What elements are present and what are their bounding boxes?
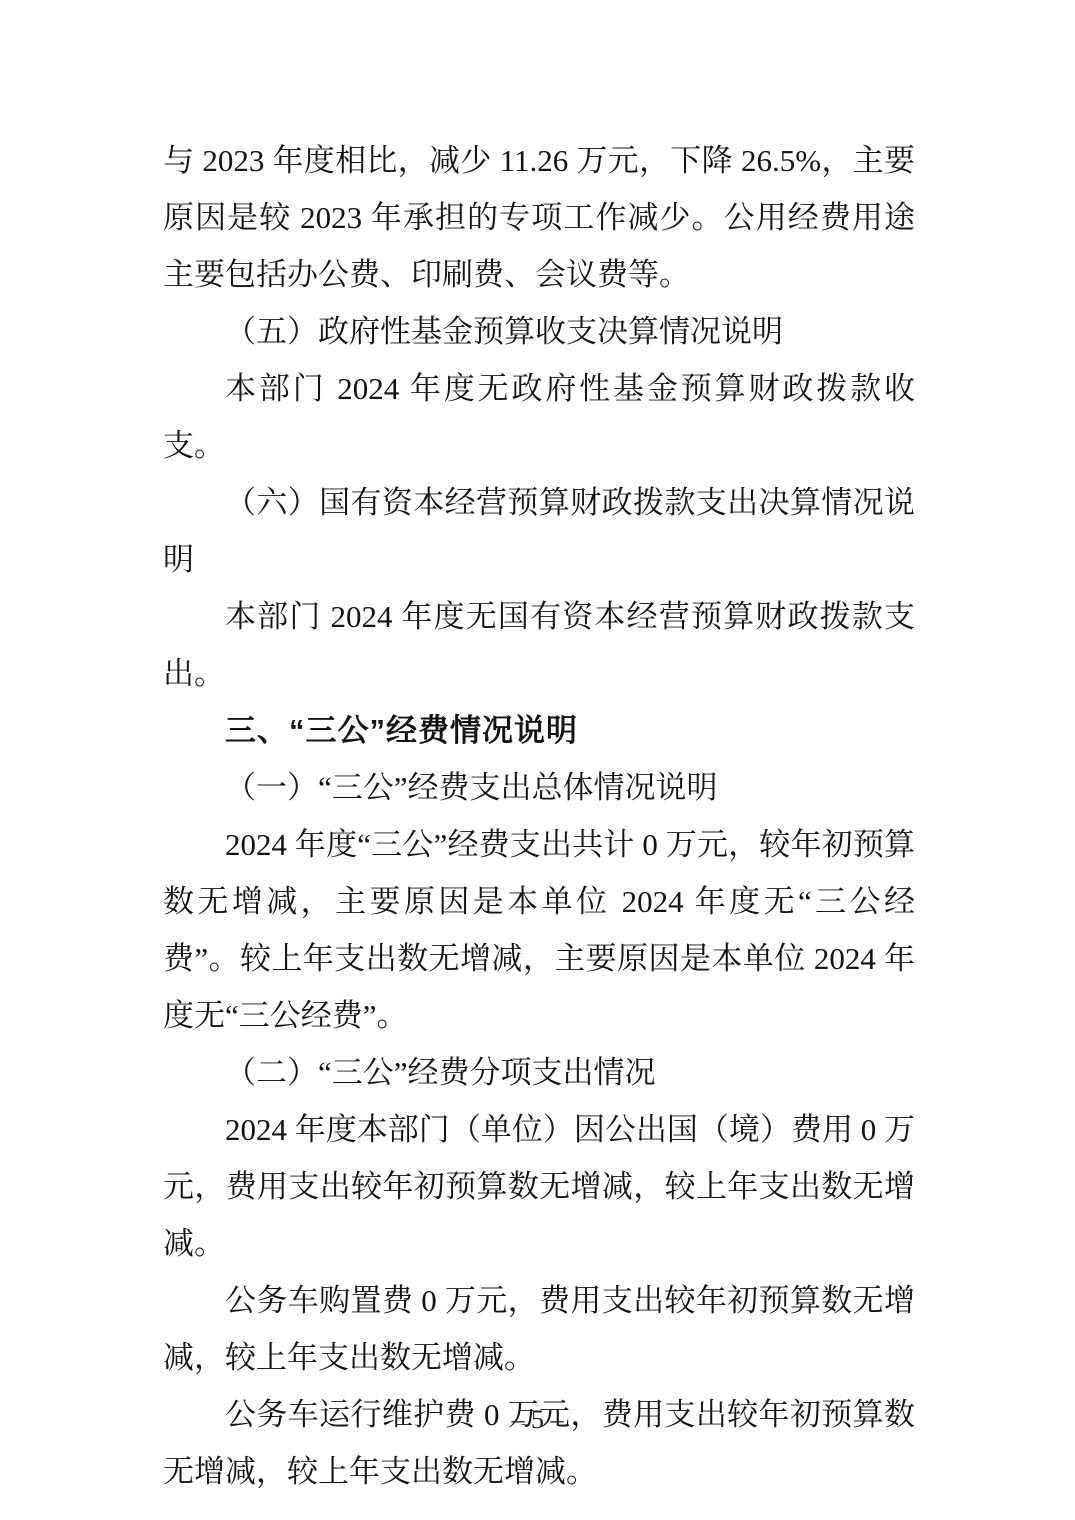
- subheading-section-3-1-overall-expense: （一）“三公”经费支出总体情况说明: [163, 759, 915, 816]
- paragraph-official-vehicle-purchase-expense: 公务车购置费 0 万元，费用支出较年初预算数无增减，较上年支出数无增减。: [163, 1272, 915, 1386]
- document-page: 与 2023 年度相比，减少 11.26 万元，下降 26.5%，主要原因是较 …: [0, 0, 1075, 1520]
- subheading-section-5-government-fund-budget: （五）政府性基金预算收支决算情况说明: [163, 303, 915, 360]
- paragraph-no-government-fund-budget: 本部门 2024 年度无政府性基金预算财政拨款收支。: [163, 360, 915, 474]
- paragraph-no-state-capital-budget: 本部门 2024 年度无国有资本经营预算财政拨款支出。: [163, 588, 915, 702]
- paragraph-public-expense-comparison: 与 2023 年度相比，减少 11.26 万元，下降 26.5%，主要原因是较 …: [163, 132, 915, 303]
- paragraph-three-public-expense-total: 2024 年度“三公”经费支出共计 0 万元，较年初预算数无增减，主要原因是本单…: [163, 816, 915, 1044]
- document-body: 与 2023 年度相比，减少 11.26 万元，下降 26.5%，主要原因是较 …: [163, 132, 915, 1500]
- paragraph-overseas-travel-expense: 2024 年度本部门（单位）因公出国（境）费用 0 万元，费用支出较年初预算数无…: [163, 1101, 915, 1272]
- heading-section-3-three-public-expenses: 三、“三公”经费情况说明: [163, 702, 915, 759]
- subheading-section-3-2-itemized-expense: （二）“三公”经费分项支出情况: [163, 1044, 915, 1101]
- subheading-section-6-state-capital-budget: （六）国有资本经营预算财政拨款支出决算情况说明: [163, 474, 915, 588]
- page-number: – 5 –: [0, 1402, 1075, 1438]
